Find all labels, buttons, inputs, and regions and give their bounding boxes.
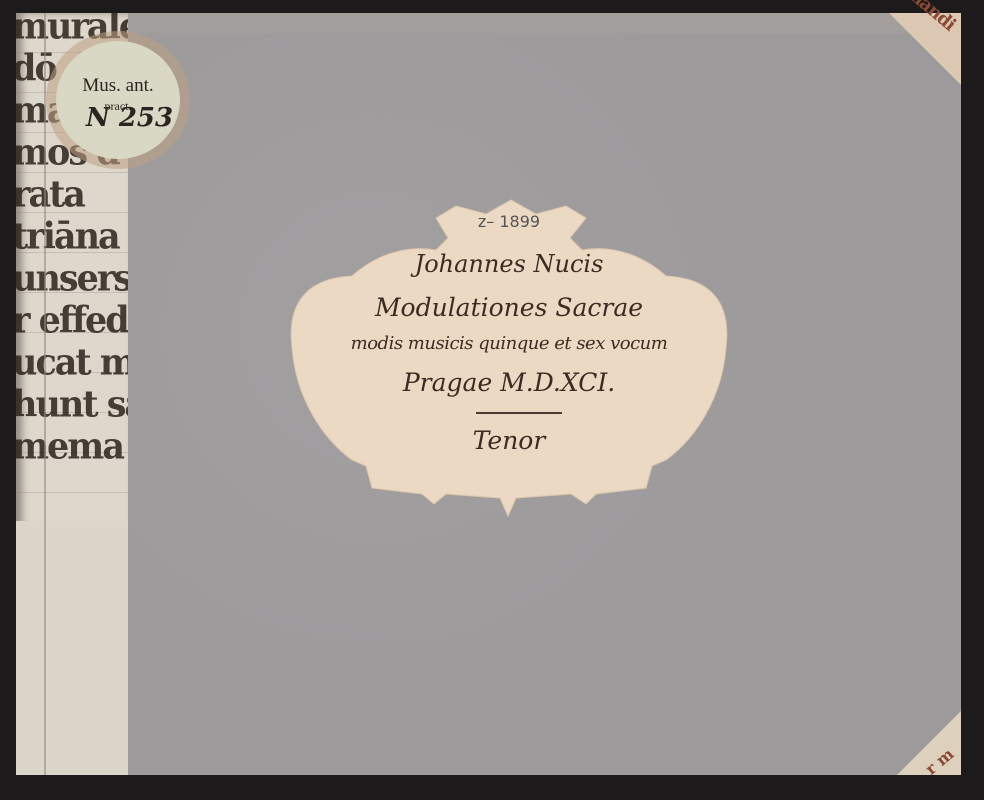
spine-line: triāna bbox=[16, 216, 128, 258]
spine-line: rata bbox=[16, 174, 128, 216]
composer-name: Johannes Nucis bbox=[286, 250, 732, 278]
shelfmark-number: N 253 bbox=[86, 103, 173, 133]
spine-line: r effed bbox=[16, 300, 128, 342]
work-subtitle: modis musicis quinque et sex vocum bbox=[286, 333, 732, 354]
work-title: Modulationes Sacrae bbox=[286, 293, 732, 322]
spine-fold bbox=[44, 13, 46, 775]
shelfmark-label: Mus. ant. pract. N 253 bbox=[56, 41, 180, 159]
spine-line: unsers bbox=[16, 258, 128, 300]
accession-number: z– 1899 bbox=[286, 212, 732, 231]
spine-blank-area bbox=[16, 521, 128, 775]
label-paper-shape bbox=[286, 198, 732, 528]
title-label: z– 1899 Johannes Nucis Modulationes Sacr… bbox=[286, 198, 732, 528]
imprint: Pragae M.D.XCI. bbox=[286, 368, 732, 397]
cover-top-edge bbox=[128, 13, 961, 35]
separator-rule bbox=[476, 412, 562, 414]
spine-line: ucat m bbox=[16, 342, 128, 384]
book: murale dō madn mos d rata triāna unsers … bbox=[16, 13, 961, 775]
spine-line: hunt sa bbox=[16, 384, 128, 426]
spine-line: mema bbox=[16, 426, 128, 468]
shelfmark-line1: Mus. ant. bbox=[56, 75, 180, 97]
voice-part: Tenor bbox=[286, 426, 732, 455]
